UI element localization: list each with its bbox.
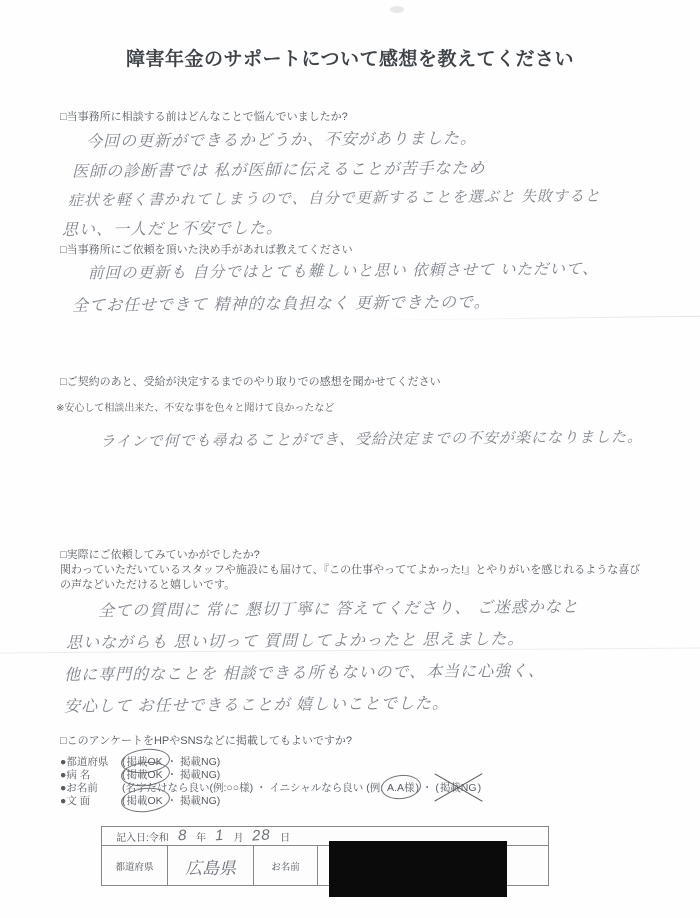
month-unit: 月 <box>233 829 243 844</box>
page-title: 障害年金のサポートについて感想を教えてください <box>0 44 700 71</box>
circle-mark: 掲載OK <box>126 793 164 808</box>
handwritten-answer-line: 全てお任せできて 精神的な負担なく 更新できたので。 <box>72 289 491 316</box>
question-subline: 関わっていただいているスタッフや施設にも届けて、『この仕事やっててよかった!』と… <box>60 561 640 577</box>
paper-crease <box>330 316 700 322</box>
handwritten-answer-line: 症状を軽く書かれてしまうので、自分で更新することを選ぶと 失敗すると <box>68 185 601 211</box>
handwritten-year: 8 <box>177 826 188 844</box>
handwritten-answer-line: 前回の更新も 自分ではとても難しいと思い 依頼させて いただいて、 <box>88 257 599 283</box>
question-subline: の声などいただけると嬉しいです。 <box>60 576 235 592</box>
question-label-2: □当事務所にご依頼を頂いた決め手があれば教えてください <box>60 241 353 257</box>
option-row-label: ●文 面 <box>60 793 122 808</box>
handwritten-day: 28 <box>252 826 272 844</box>
option-text: ・ 掲載NG) <box>164 795 221 807</box>
handwritten-answer-line: 他に専門的なことを 相談できる所もないので、本当に心強く、 <box>64 658 545 685</box>
option-text: ) <box>478 782 482 794</box>
scanned-questionnaire-page: 障害年金のサポートについて感想を教えてください □当事務所に相談する前はどんなこ… <box>0 0 700 918</box>
publish-option-row-text: ●文 面(掲載OK ・ 掲載NG) <box>60 793 220 808</box>
handwritten-answer-line: 全ての質問に 常に 懇切丁寧に 答えてくださり、 ご迷惑かなと <box>98 594 579 621</box>
handwritten-answer-line: 今回の更新ができるかどうか、不安がありました。 <box>86 125 477 151</box>
redaction-box <box>329 841 507 897</box>
name-label-cell: お名前 <box>254 846 318 886</box>
year-unit: 年 <box>196 829 206 844</box>
scan-smudge <box>390 6 404 13</box>
prefecture-label-cell: 都道府県 <box>102 846 168 886</box>
handwritten-answer-line: 安心して お任せできることが 嬉しいことでした。 <box>64 690 449 716</box>
question-label-3: □ご契約のあと、受給が決定するまでのやり取りでの感想を聞かせてください <box>60 373 441 389</box>
handwritten-answer-line: 思いながらも 思い切って 質問してよかったと 思えました。 <box>66 626 525 653</box>
question-label-5: □このアンケートをHPやSNSなどに掲載してもよいですか? <box>60 732 352 748</box>
date-prefix: 記入日:令和 <box>116 829 169 844</box>
handwritten-answer-line: ラインで何でも尋ねることができ、受給決定までの不安が楽になりました。 <box>100 426 643 452</box>
handwritten-month: 1 <box>215 826 226 844</box>
handwritten-answer-line: 思い、一人だと不安でした。 <box>62 215 283 240</box>
question-label-4: □実際にご依頼してみていかがでしたか? <box>60 546 260 562</box>
cross-mark: 掲載NG <box>439 780 478 795</box>
day-unit: 日 <box>280 829 290 844</box>
question-note: ※安心して相談出来た、不安な事を色々と聞けて良かったなど <box>56 399 334 414</box>
handwritten-answer-line: 医師の診断書では 私が医師に伝えることが苦手なため <box>72 155 486 182</box>
circle-mark: A.A様 <box>386 780 415 795</box>
question-label-1: □当事務所に相談する前はどんなことで悩んでいましたか? <box>60 108 348 124</box>
prefecture-value-cell: 広島県 <box>168 846 254 886</box>
